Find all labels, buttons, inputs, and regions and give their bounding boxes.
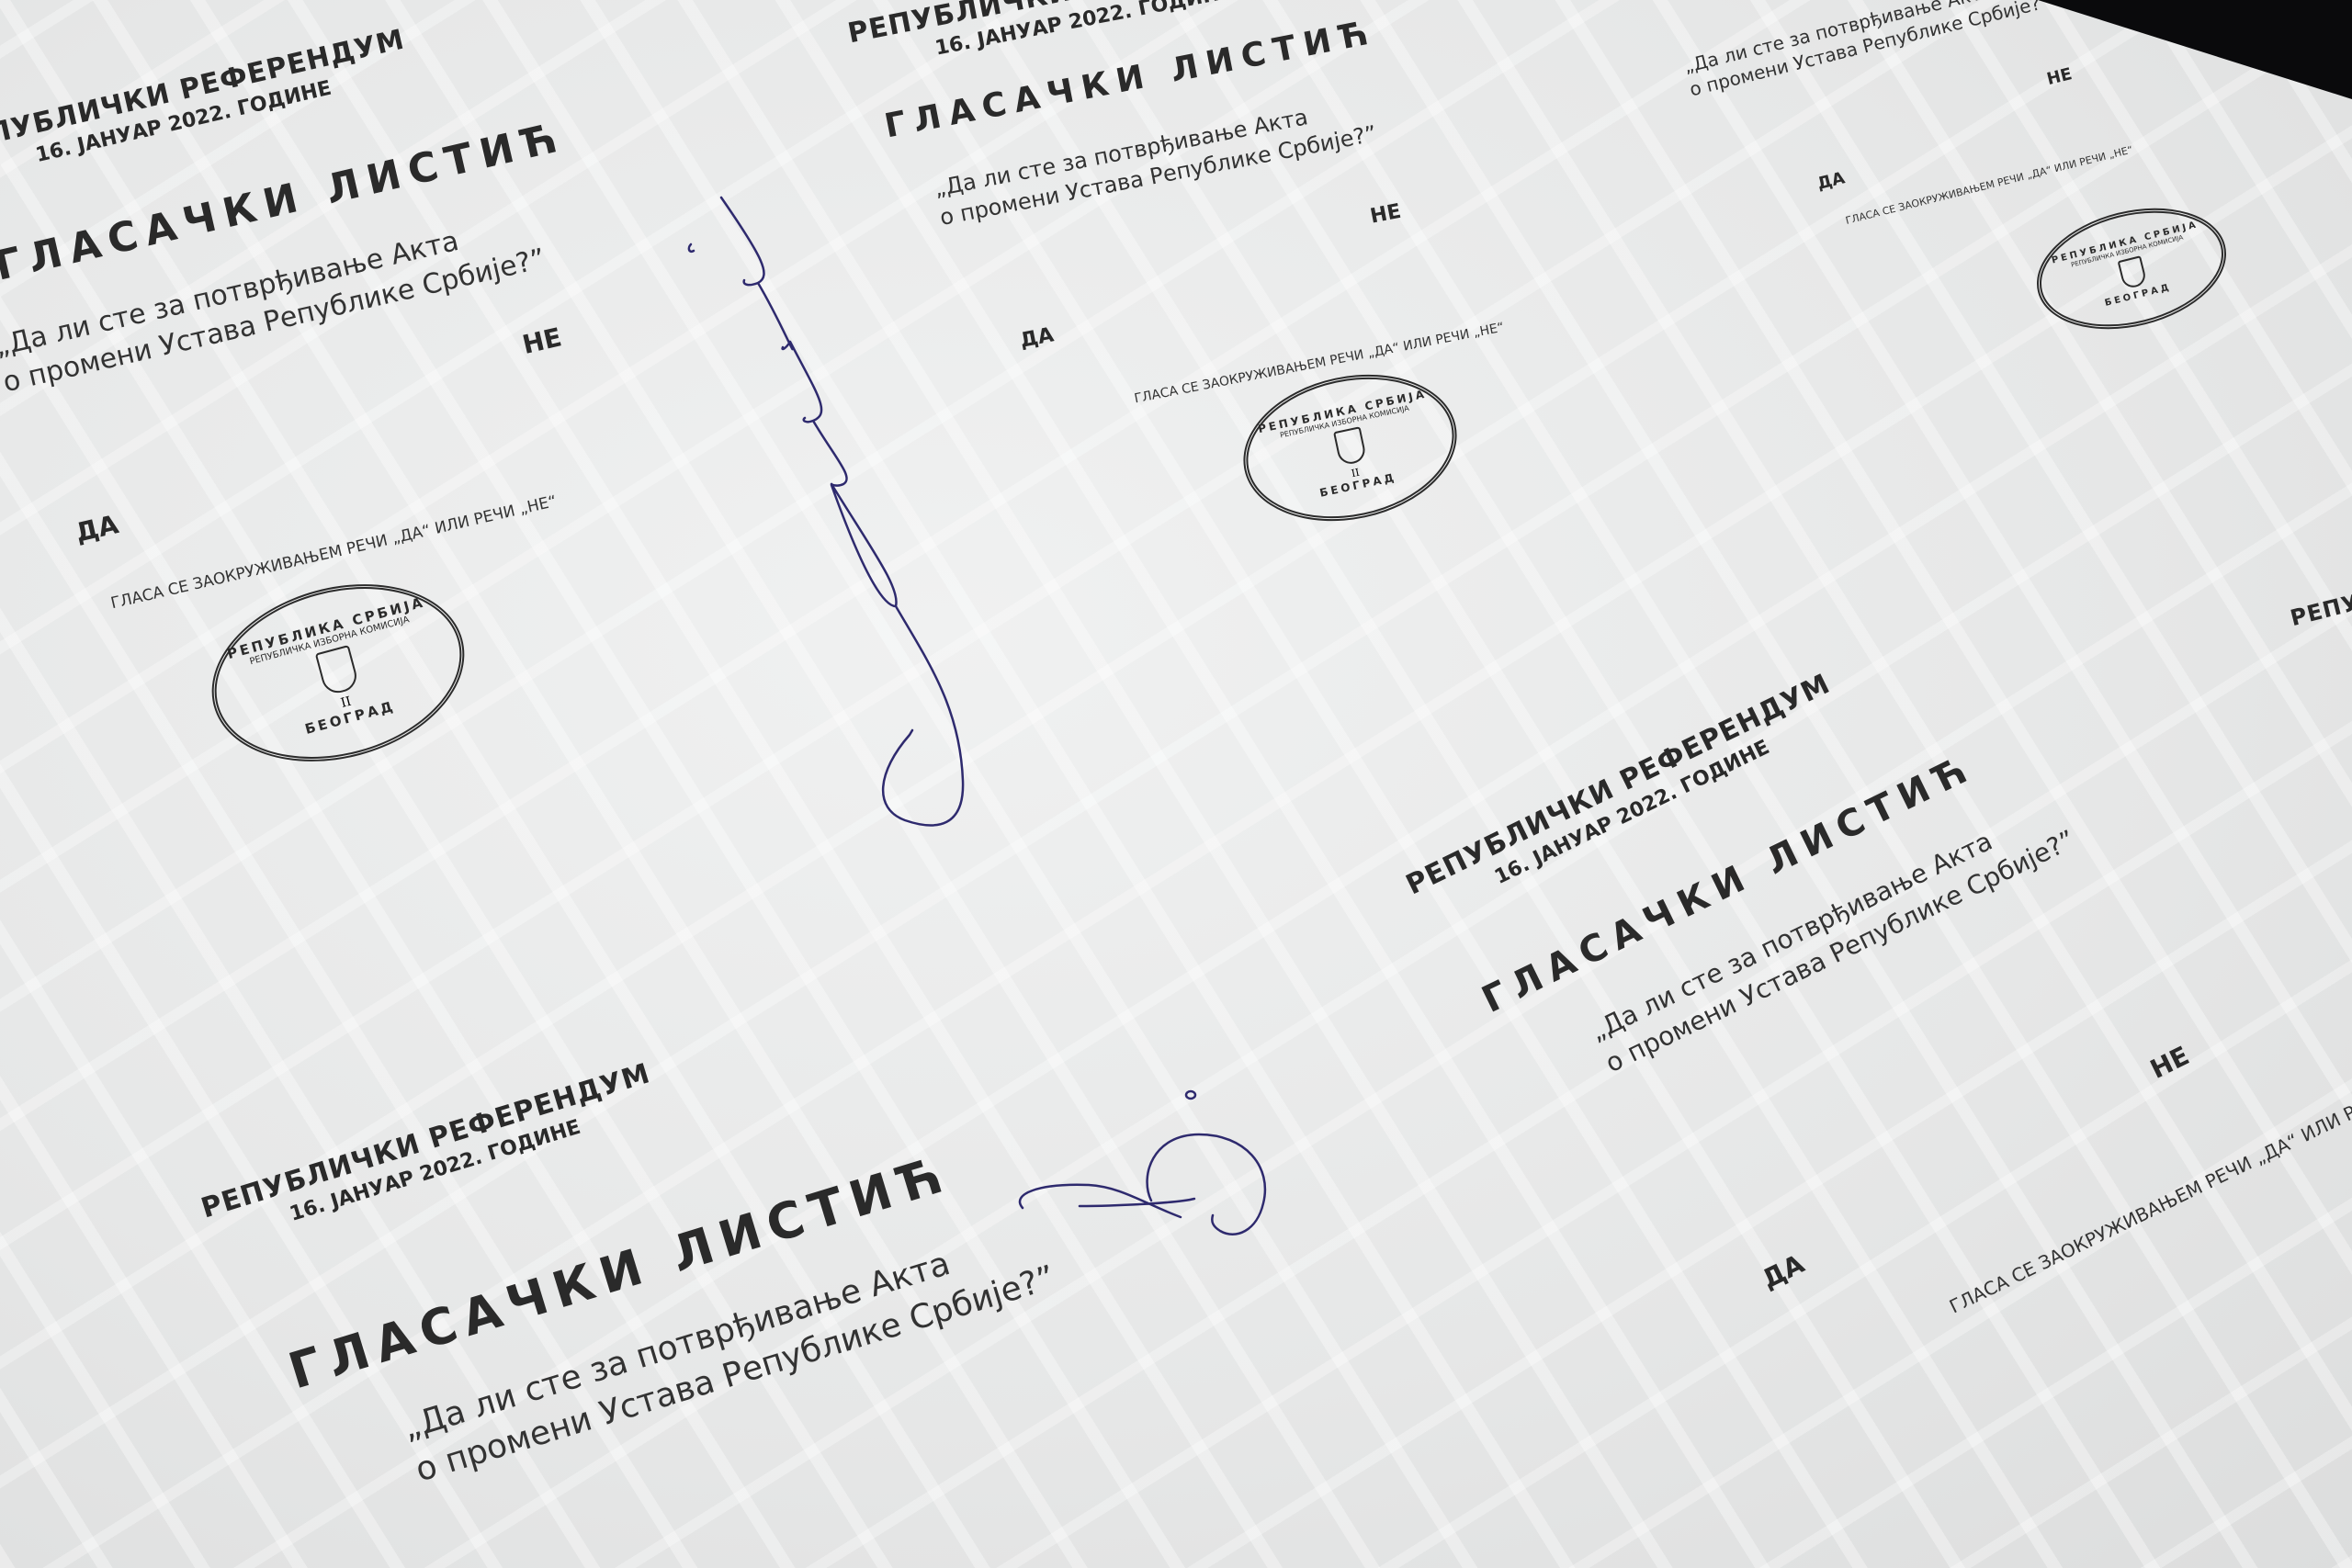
- pen-dot: [1186, 1091, 1195, 1099]
- pen-stroke-vertical: [721, 197, 963, 825]
- pen-stroke-curl: [689, 244, 694, 252]
- pen-stroke-loop: [1020, 1134, 1265, 1235]
- pen-scribbles: [0, 0, 2352, 1568]
